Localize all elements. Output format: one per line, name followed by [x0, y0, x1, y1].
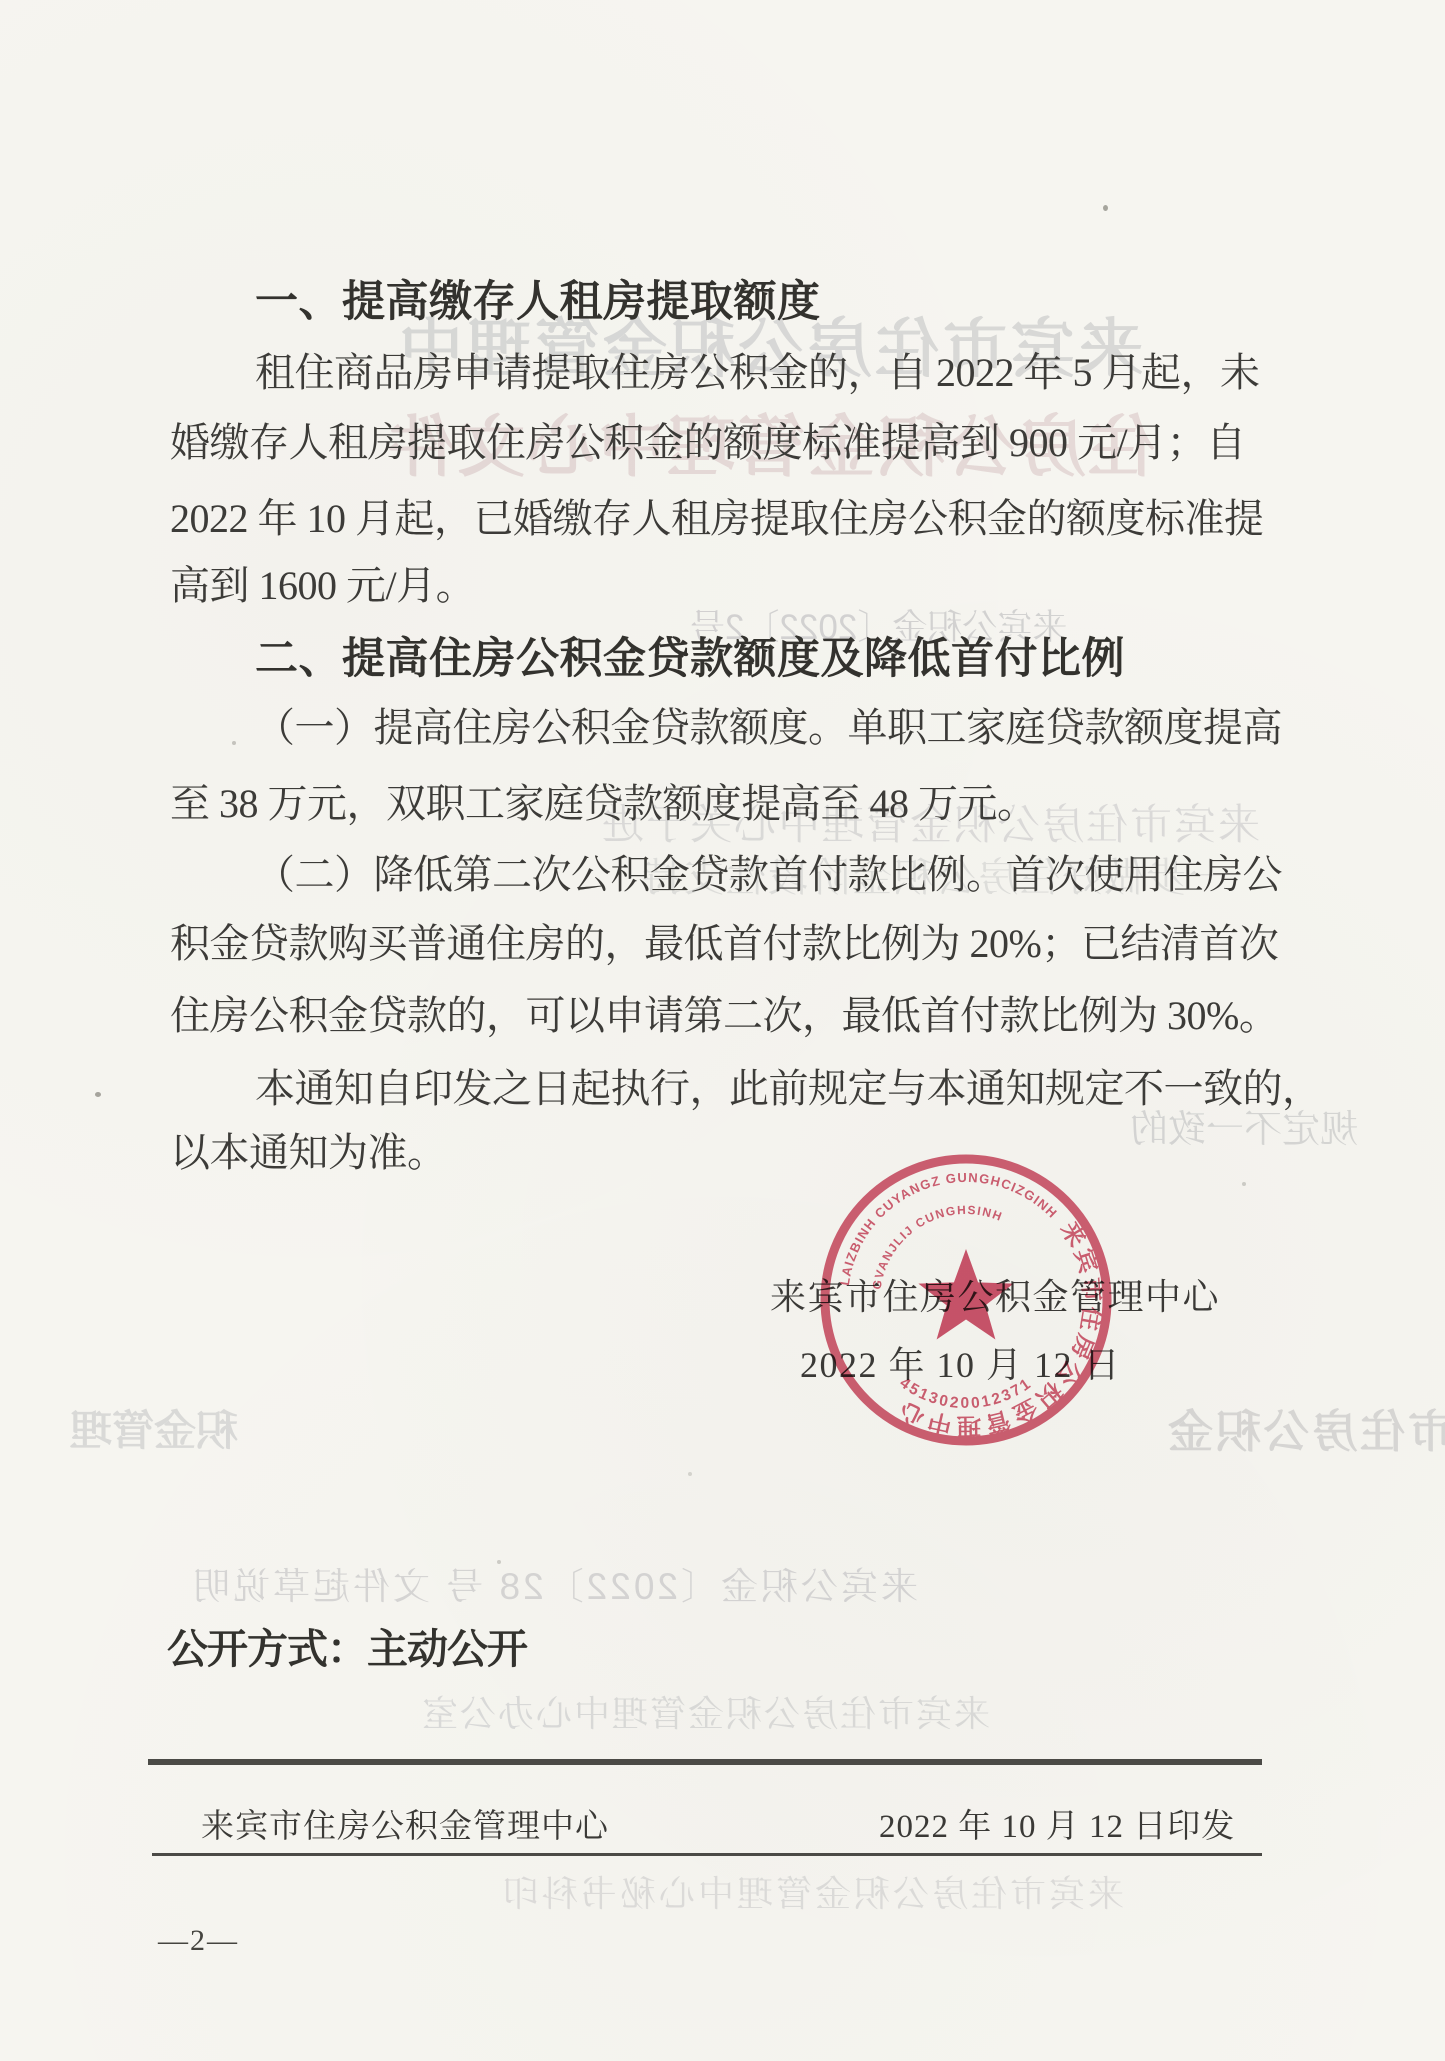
- star-icon: [918, 1249, 1013, 1340]
- body-line: 以本通知为准。: [170, 1121, 447, 1178]
- footer-issuer: 来宾市住房公积金管理中心: [201, 1800, 609, 1847]
- paper-speck: [232, 741, 236, 745]
- body-line: 婚缴存人租房提取住房公积金的额度标准提高到 900 元/月；自: [170, 411, 1246, 468]
- body-line: （一）提高住房公积金贷款额度。单职工家庭贷款额度提高: [255, 696, 1282, 753]
- seal-arc-latin-inner: GVANJLIJ CUNGHSINH: [870, 1203, 1005, 1291]
- bleedthrough-text: 来宾公积金〔2022〕28 号 文件起草说明: [190, 1556, 918, 1610]
- bleedthrough-text: 来宾市住房公积金管理中心秘书科印: [500, 1866, 1124, 1917]
- paper-speck: [1103, 205, 1108, 211]
- section-heading-1: 一、提高缴存人租房提取额度: [255, 268, 821, 329]
- body-line: 住房公积金贷款的，可以申请第二次，最低首付款比例为 30%。: [170, 984, 1278, 1041]
- footer-rule-top: [148, 1759, 1262, 1765]
- section-heading-2: 二、提高住房公积金贷款额度及降低首付比例: [255, 625, 1125, 686]
- official-seal-graphic: LAIZBINH CUYANGZ GUNGHCIZGINH 来宾市住房公积金管理…: [816, 1150, 1116, 1450]
- paper-speck: [1242, 1182, 1246, 1186]
- page-number: —2—: [158, 1924, 239, 1958]
- footer-rule-bottom: [152, 1853, 1262, 1856]
- bleedthrough-text: 来宾市住房公积金管理中心办公室: [420, 1686, 990, 1737]
- body-line: 2022 年 10 月起，已婚缴存人租房提取住房公积金的额度标准提: [170, 487, 1264, 544]
- body-line: 本通知自印发之日起执行，此前规定与本通知规定不一致的，: [255, 1057, 1322, 1114]
- publish-method: 公开方式：主动公开: [167, 1616, 527, 1675]
- paper-speck: [497, 1560, 501, 1564]
- body-line: （二）降低第二次公积金贷款首付款比例。首次使用住房公: [255, 843, 1282, 900]
- bleedthrough-text: 积金管理: [70, 1398, 238, 1458]
- paper-speck: [688, 1472, 692, 1476]
- scanned-document-page: 来宾市住房公积金管理中 住房公积金管理中心文件 来宾公积金〔2022〕2号 来宾…: [0, 0, 1445, 2061]
- body-line: 积金贷款购买普通住房的，最低首付款比例为 20%；已结清首次: [170, 912, 1278, 969]
- body-line: 高到 1600 元/月。: [170, 554, 475, 611]
- official-seal: LAIZBINH CUYANGZ GUNGHCIZGINH 来宾市住房公积金管理…: [816, 1150, 1116, 1450]
- body-line: 租住商品房申请提取住房公积金的，自 2022 年 5 月起，未: [255, 341, 1260, 398]
- seal-arc-latin-outer: LAIZBINH CUYANGZ GUNGHCIZGINH: [837, 1170, 1061, 1287]
- body-line: 至 38 万元，双职工家庭贷款额度提高至 48 万元。: [170, 772, 1037, 829]
- bleedthrough-text: 来宾市住房公积金: [1165, 1395, 1445, 1460]
- paper-speck: [95, 1092, 101, 1097]
- footer-print-date: 2022 年 10 月 12 日印发: [879, 1800, 1235, 1847]
